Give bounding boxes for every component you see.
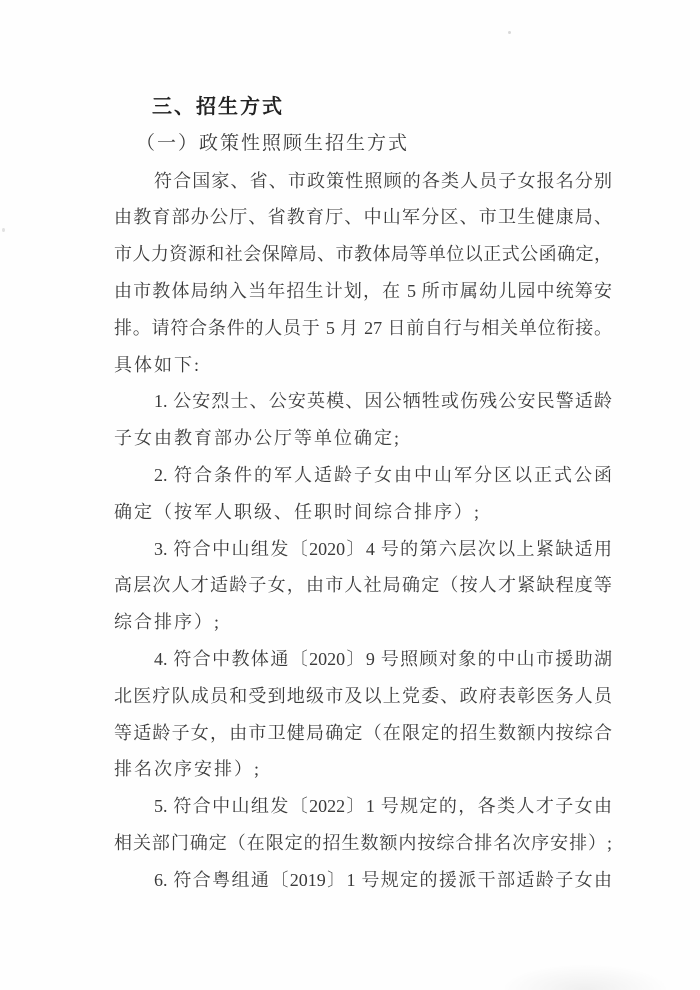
text-line: 3. 符合中山组发〔2020〕4 号的第六层次以上紧缺适用 — [114, 531, 612, 568]
text-line: 由市教体局纳入当年招生计划，在 5 所市属幼儿园中统筹安 — [114, 273, 612, 310]
text-line: 排。请符合条件的人员于 5 月 27 日前自行与相关单位衔接。 — [114, 310, 612, 347]
text-line: 确定（按军人职级、任职时间综合排序）; — [114, 494, 612, 531]
text-line: 符合国家、省、市政策性照顾的各类人员子女报名分别 — [114, 163, 612, 200]
text-line: 子女由教育部办公厅等单位确定; — [114, 420, 612, 457]
document-page: 三、招生方式（一）政策性照顾生招生方式符合国家、省、市政策性照顾的各类人员子女报… — [0, 0, 700, 990]
scan-speck — [2, 228, 5, 232]
text-line: 6. 符合粤组通〔2019〕1 号规定的援派干部适龄子女由 — [114, 862, 612, 899]
text-line: 由教育部办公厅、省教育厅、中山军分区、市卫生健康局、 — [114, 199, 612, 236]
text-line: 等适龄子女，由市卫健局确定（在限定的招生数额内按综合 — [114, 715, 612, 752]
text-line: 相关部门确定（在限定的招生数额内按综合排名次序安排）; — [114, 825, 612, 862]
text-line: 2. 符合条件的军人适龄子女由中山军分区以正式公函 — [114, 457, 612, 494]
text-line: 1. 公安烈士、公安英模、因公牺牲或伤残公安民警适龄 — [114, 383, 612, 420]
text-line: 综合排序）; — [114, 604, 612, 641]
text-line: 高层次人才适龄子女，由市人社局确定（按人才紧缺程度等 — [114, 567, 612, 604]
text-line: 排名次序安排）; — [114, 751, 612, 788]
scan-shadow — [500, 964, 670, 990]
subsection-heading: （一）政策性照顾生招生方式 — [114, 126, 612, 163]
text-line: 4. 符合中教体通〔2020〕9 号照顾对象的中山市援助湖 — [114, 641, 612, 678]
text-line: 北医疗队成员和受到地级市及以上党委、政府表彰医务人员 — [114, 678, 612, 715]
text-line: 5. 符合中山组发〔2022〕1 号规定的，各类人才子女由 — [114, 788, 612, 825]
text-line: 具体如下: — [114, 347, 612, 384]
document-body: 三、招生方式（一）政策性照顾生招生方式符合国家、省、市政策性照顾的各类人员子女报… — [114, 89, 612, 899]
text-line: 市人力资源和社会保障局、市教体局等单位以正式公函确定， — [114, 236, 612, 273]
scan-speck — [508, 31, 511, 34]
section-heading: 三、招生方式 — [114, 89, 612, 126]
